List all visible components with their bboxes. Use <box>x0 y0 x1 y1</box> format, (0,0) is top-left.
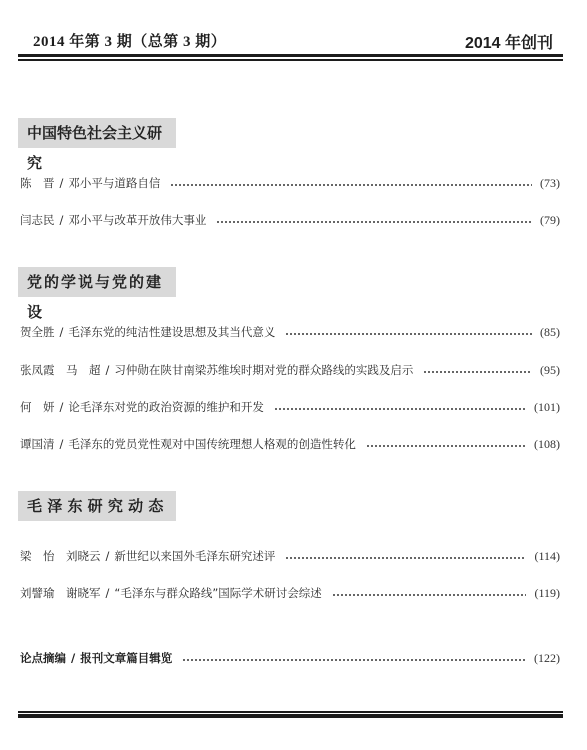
entry-title[interactable]: 毛泽东的党员党性观对中国传统理想人格观的创造性转化 <box>68 436 356 452</box>
entry-authors: 梁 怡 刘晓云 <box>20 548 101 564</box>
dot-leader <box>216 221 532 223</box>
entry-title[interactable]: 报刊文章篇目辑览 <box>80 650 172 666</box>
entry-authors: 闫志民 <box>20 212 55 228</box>
entry-title[interactable]: 新世纪以来国外毛泽东研究述评 <box>114 548 275 564</box>
section-heading-mao-research: 毛 泽 东 研 究 动 态 <box>18 491 176 521</box>
dot-leader <box>423 371 532 373</box>
entry-title[interactable]: 邓小平与改革开放伟大事业 <box>68 212 206 228</box>
issue-label: 2014 年第 3 期（总第 3 期） <box>33 30 226 51</box>
toc-entry[interactable]: 梁 怡 刘晓云 / 新世纪以来国外毛泽东研究述评 (114) <box>20 547 560 565</box>
entry-page: (101) <box>534 400 560 415</box>
footer-rule-thick <box>18 714 563 718</box>
dot-leader <box>366 445 526 447</box>
toc-entry[interactable]: 陈 晋 / 邓小平与道路自信 (73) <box>20 174 560 192</box>
header-rule-thick <box>18 54 563 57</box>
dot-leader <box>285 557 526 559</box>
entry-authors: 陈 晋 <box>20 175 55 191</box>
toc-entry[interactable]: 刘譬瑜 谢晓军 / “毛泽东与群众路线”国际学术研讨会综述 (119) <box>20 584 560 602</box>
entry-authors: 刘譬瑜 谢晓军 <box>20 585 101 601</box>
dot-leader <box>285 333 532 335</box>
entry-separator: / <box>106 363 110 377</box>
entry-title[interactable]: “毛泽东与群众路线”国际学术研讨会综述 <box>114 585 321 601</box>
toc-entry[interactable]: 闫志民 / 邓小平与改革开放伟大事业 (79) <box>20 211 560 229</box>
founded-label: 2014 年创刊 <box>465 30 553 53</box>
toc-entry[interactable]: 何 妍 / 论毛泽东对党的政治资源的维护和开发 (101) <box>20 398 560 416</box>
entry-separator: / <box>60 176 64 190</box>
section-heading-party-building: 党的学说与党的建设 <box>18 267 176 297</box>
toc-entry[interactable]: 贺全胜 / 毛泽东党的纯洁性建设思想及其当代意义 (85) <box>20 323 560 341</box>
entry-authors: 谭国清 <box>20 436 55 452</box>
entry-authors: 张凤霞 马 超 <box>20 362 101 378</box>
entry-authors: 何 妍 <box>20 399 55 415</box>
entry-separator: / <box>106 549 110 563</box>
toc-entry[interactable]: 张凤霞 马 超 / 习仲勋在陕甘南梁苏维埃时期对党的群众路线的实践及启示 (95… <box>20 361 560 379</box>
entry-page: (119) <box>534 586 560 601</box>
dot-leader <box>170 184 532 186</box>
entry-category: 论点摘编 <box>20 650 66 666</box>
entry-page: (85) <box>540 325 560 340</box>
entry-separator: / <box>71 651 75 665</box>
entry-separator: / <box>60 325 64 339</box>
entry-page: (73) <box>540 176 560 191</box>
footer-rule-thin <box>18 711 563 713</box>
header-rule-thin <box>18 59 563 61</box>
entry-separator: / <box>60 400 64 414</box>
entry-page: (108) <box>534 437 560 452</box>
toc-entry-digest[interactable]: 论点摘编 / 报刊文章篇目辑览 (122) <box>20 649 560 667</box>
dot-leader <box>332 594 527 596</box>
entry-separator: / <box>60 437 64 451</box>
entry-authors: 贺全胜 <box>20 324 55 340</box>
dot-leader <box>182 659 526 661</box>
entry-separator: / <box>60 213 64 227</box>
entry-page: (79) <box>540 213 560 228</box>
entry-page: (95) <box>540 363 560 378</box>
entry-page: (122) <box>534 651 560 666</box>
entry-title[interactable]: 邓小平与道路自信 <box>68 175 160 191</box>
entry-title[interactable]: 论毛泽东对党的政治资源的维护和开发 <box>68 399 264 415</box>
dot-leader <box>274 408 526 410</box>
entry-page: (114) <box>534 549 560 564</box>
entry-title[interactable]: 习仲勋在陕甘南梁苏维埃时期对党的群众路线的实践及启示 <box>114 362 413 378</box>
entry-title[interactable]: 毛泽东党的纯洁性建设思想及其当代意义 <box>68 324 275 340</box>
toc-entry[interactable]: 谭国清 / 毛泽东的党员党性观对中国传统理想人格观的创造性转化 (108) <box>20 435 560 453</box>
section-heading-socialism: 中国特色社会主义研究 <box>18 118 176 148</box>
entry-separator: / <box>106 586 110 600</box>
